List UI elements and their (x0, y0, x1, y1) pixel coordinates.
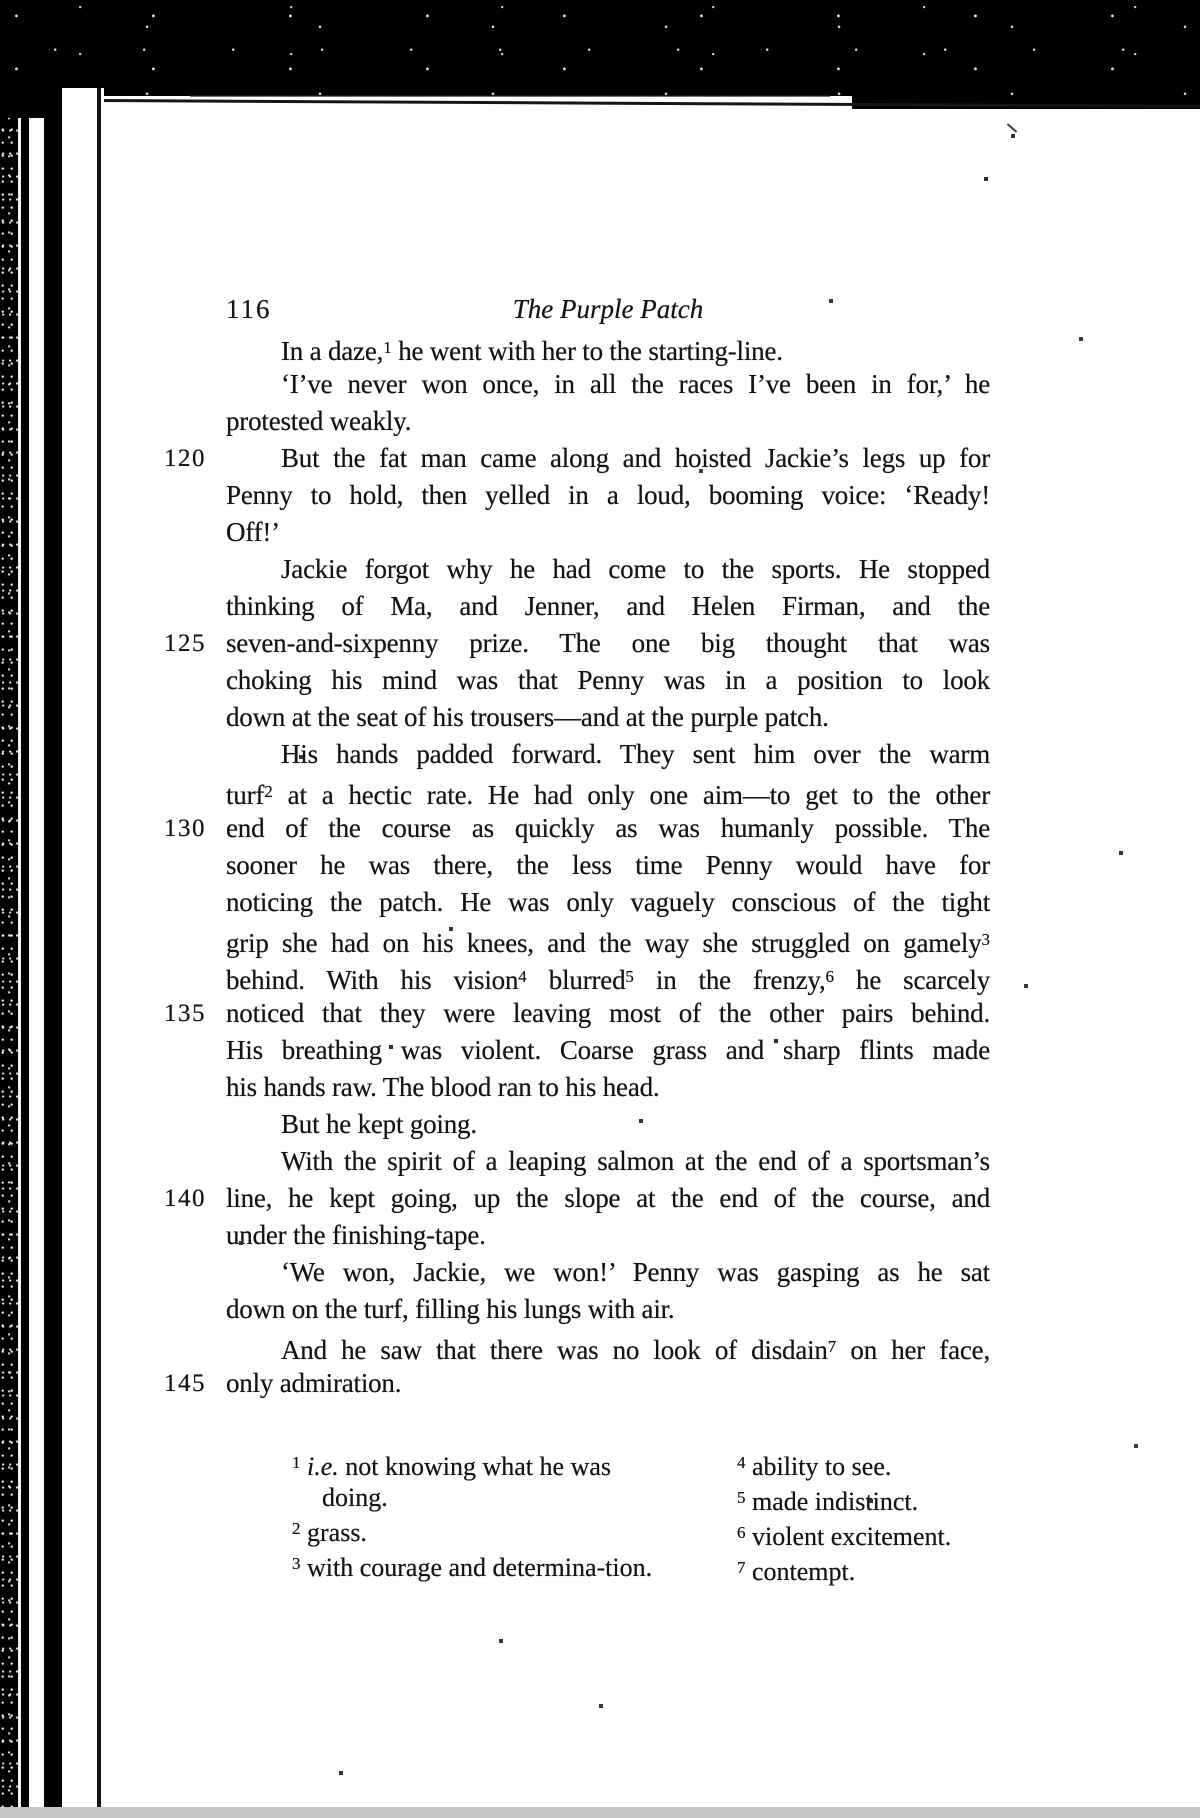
footnote-item: 4 ability to see. (737, 1447, 1049, 1482)
gutter-noise-texture (0, 88, 18, 1818)
footnote-marker: 4 (737, 1453, 746, 1472)
text-line: under the finishing-tape. (226, 1217, 990, 1254)
scan-top-black-band (0, 0, 1200, 96)
footnote-reference: 3 (982, 930, 991, 949)
text-line: line, he kept going, up the slope at the… (226, 1180, 990, 1217)
footnote-marker: 3 (292, 1554, 301, 1573)
scanned-book-page: 116 The Purple Patch In a daze,1 he went… (0, 0, 1200, 1818)
text-line: only admiration.145 (226, 1365, 990, 1402)
running-title: The Purple Patch (226, 291, 990, 328)
footnote-item: 1 i.e. not knowing what he was doing. (292, 1447, 682, 1513)
text-line: Penny to hold, then yelled in a loud, bo… (226, 477, 990, 514)
book-gutter-edge (0, 88, 104, 1818)
line-number: 145 (164, 1365, 216, 1402)
line-number: 140 (164, 1180, 216, 1217)
footnotes-left-column: 1 i.e. not knowing what he was doing.2 g… (292, 1447, 682, 1583)
text-line: noticed that they were leaving most of t… (226, 995, 990, 1032)
text-line: choking his mind was that Penny was in a… (226, 662, 990, 699)
footnote-reference: 4 (518, 967, 527, 986)
text-line: end of the course as quickly as was huma… (226, 810, 990, 847)
text-line: sooner he was there, the less time Penny… (226, 847, 990, 884)
gutter-top-corner (0, 88, 60, 118)
text-line: behind. With his vision4 blurred5 in the… (226, 958, 990, 995)
text-line: Off!’ (226, 514, 990, 551)
page-sheet: 116 The Purple Patch In a daze,1 he went… (0, 0, 1200, 1818)
footnotes-right-column: 4 ability to see.5 made indistinct.6 vio… (737, 1447, 1049, 1587)
text-line: And he saw that there was no look of dis… (226, 1328, 990, 1365)
text-line: his hands raw. The blood ran to his head… (226, 1069, 990, 1106)
line-number: 130 (164, 810, 216, 847)
footnote-item: 3 with courage and determina-tion. (292, 1548, 682, 1583)
footnote-item: 5 made indistinct. (737, 1482, 1049, 1517)
scanner-bottom-strip (0, 1807, 1200, 1818)
text-line: His breathing was violent. Coarse grass … (226, 1032, 990, 1069)
footnote-item: 2 grass. (292, 1513, 682, 1548)
text-line: protested weakly. (226, 403, 990, 440)
page-top-edge-line-secondary (190, 95, 830, 97)
text-line: But he kept going. (226, 1106, 990, 1143)
footnote-marker: 1 (292, 1453, 301, 1472)
text-line: ‘I’ve never won once, in all the races I… (226, 366, 990, 403)
text-line: down at the seat of his trousers—and at … (226, 699, 990, 736)
text-line: seven-and-sixpenny prize. The one big th… (226, 625, 990, 662)
text-line: ‘We won, Jackie, we won!’ Penny was gasp… (226, 1254, 990, 1291)
text-line: Jackie forgot why he had come to the spo… (226, 551, 990, 588)
footnote-item: 6 violent excitement. (737, 1517, 1049, 1552)
text-line: His hands padded forward. They sent him … (226, 736, 990, 773)
body-text: In a daze,1 he went with her to the star… (226, 329, 990, 1402)
footnote-reference: 2 (264, 782, 273, 801)
footnote-item: 7 contempt. (737, 1552, 1049, 1587)
line-number: 135 (164, 995, 216, 1032)
text-line: noticing the patch. He was only vaguely … (226, 884, 990, 921)
footnote-marker: 2 (292, 1519, 301, 1538)
footnote-reference: 1 (383, 338, 392, 357)
text-line: But the fat man came along and hoisted J… (226, 440, 990, 477)
footnote-marker: 6 (737, 1523, 746, 1542)
text-line: thinking of Ma, and Jenner, and Helen Fi… (226, 588, 990, 625)
footnote-reference: 5 (625, 967, 634, 986)
line-number: 120 (164, 440, 216, 477)
text-line: turf2 at a hectic rate. He had only one … (226, 773, 990, 810)
line-number: 125 (164, 625, 216, 662)
footnote-reference: 6 (826, 967, 835, 986)
footnote-marker: 5 (737, 1488, 746, 1507)
text-line: grip she had on his knees, and the way s… (226, 921, 990, 958)
page-header: 116 The Purple Patch (226, 291, 990, 328)
text-line: down on the turf, filling his lungs with… (226, 1291, 990, 1328)
footnote-reference: 7 (828, 1337, 837, 1356)
text-line: With the spirit of a leaping salmon at t… (226, 1143, 990, 1180)
text-line: In a daze,1 he went with her to the star… (226, 329, 990, 366)
footnote-marker: 7 (737, 1558, 746, 1577)
